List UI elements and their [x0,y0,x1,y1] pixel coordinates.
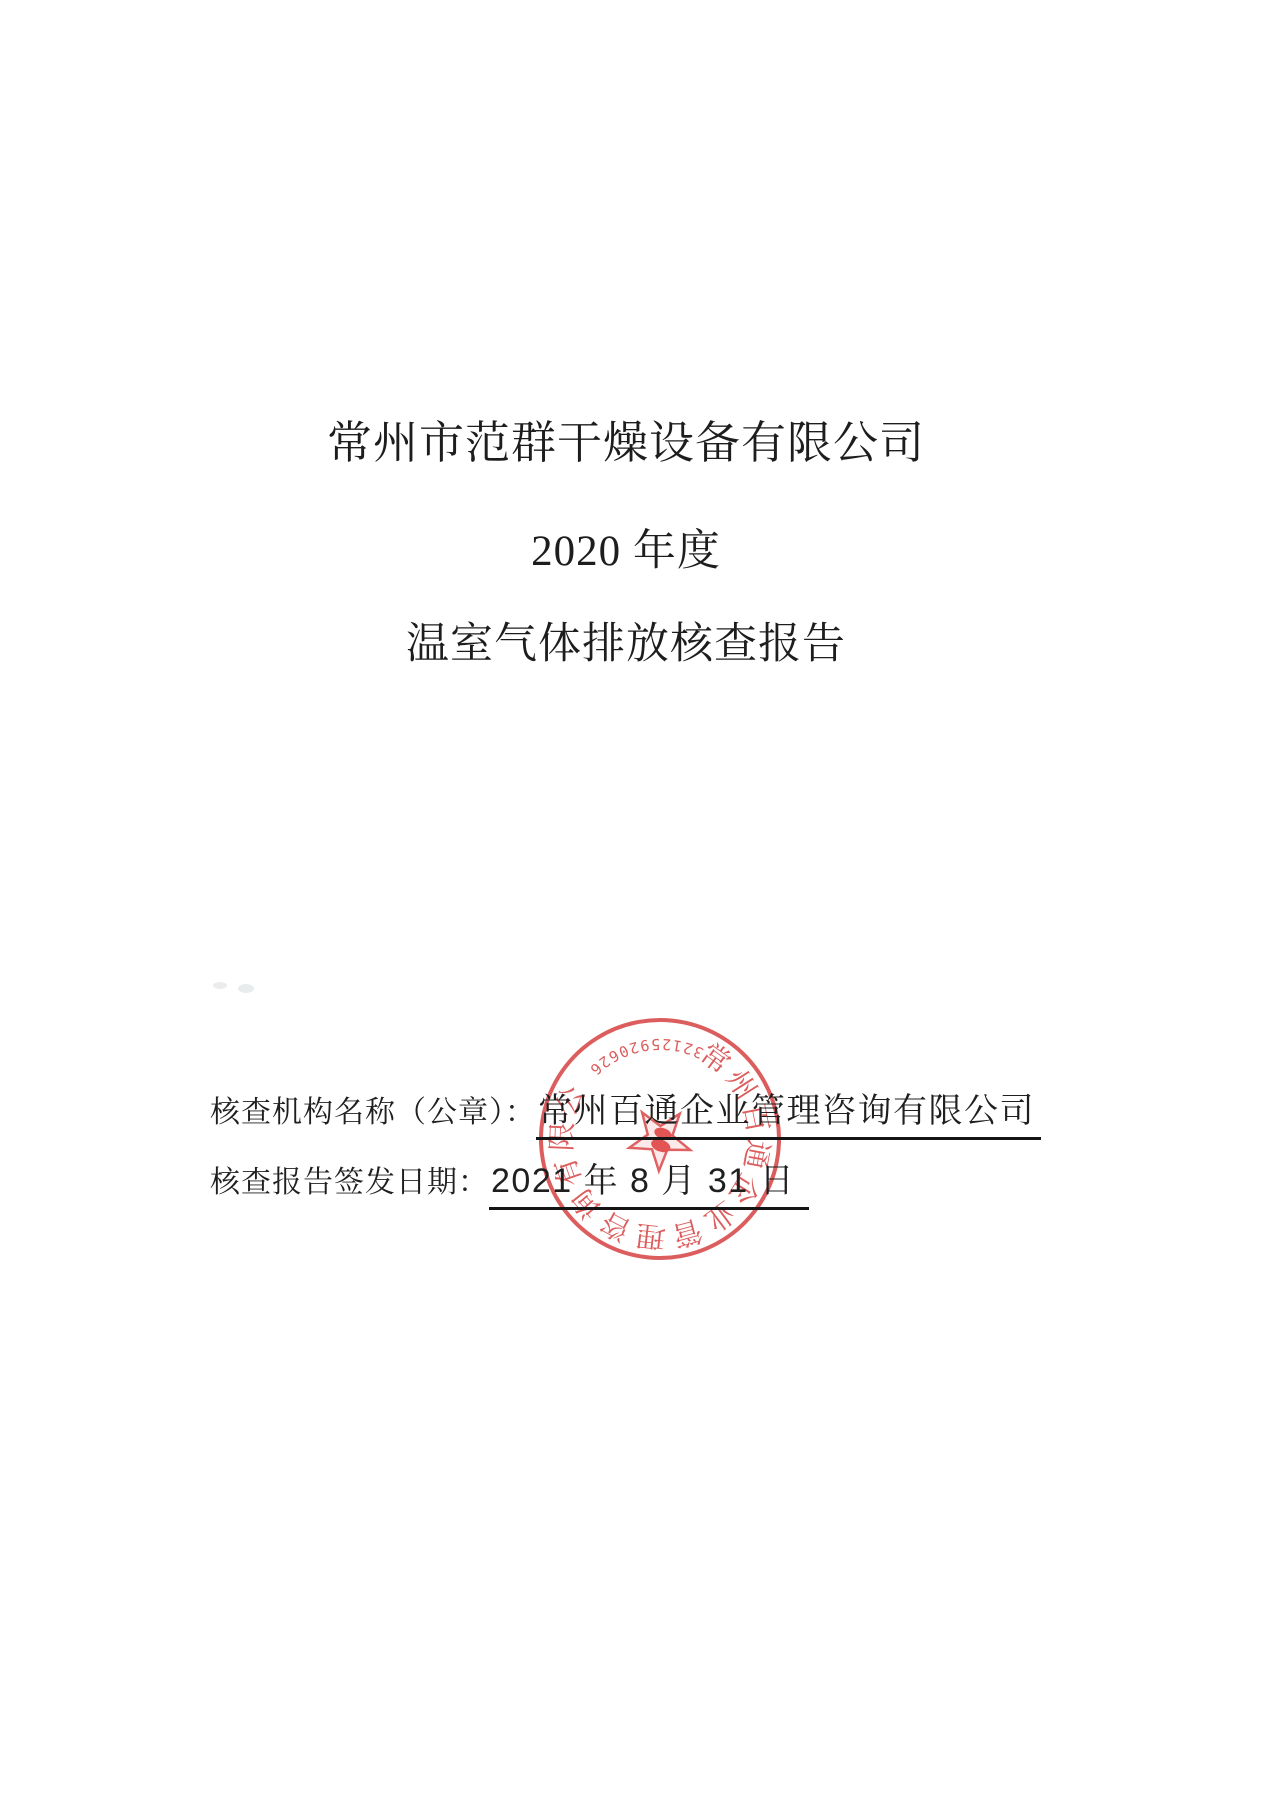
date-label: 核查报告签发日期： [210,1157,489,1201]
date-value: 2021 年 8 月 31 日 [489,1153,809,1210]
agency-line: 核查机构名称（公章）：常州百通企业管理咨询有限公司 [210,1083,1041,1140]
report-cover-page: 常州市范群干燥设备有限公司 2020 年度 温室气体排放核查报告 常州百通企业管… [0,0,1280,1810]
company-title: 常州市范群干燥设备有限公司 [0,406,1252,471]
date-line: 核查报告签发日期：2021 年 8 月 31 日 [210,1153,809,1210]
scan-artifact [213,982,227,989]
agency-value: 常州百通企业管理咨询有限公司 [536,1083,1041,1140]
report-year-title: 2020 年度 [0,517,1252,578]
report-name-title: 温室气体排放核查报告 [0,610,1252,671]
agency-label: 核查机构名称（公章）： [210,1087,536,1131]
